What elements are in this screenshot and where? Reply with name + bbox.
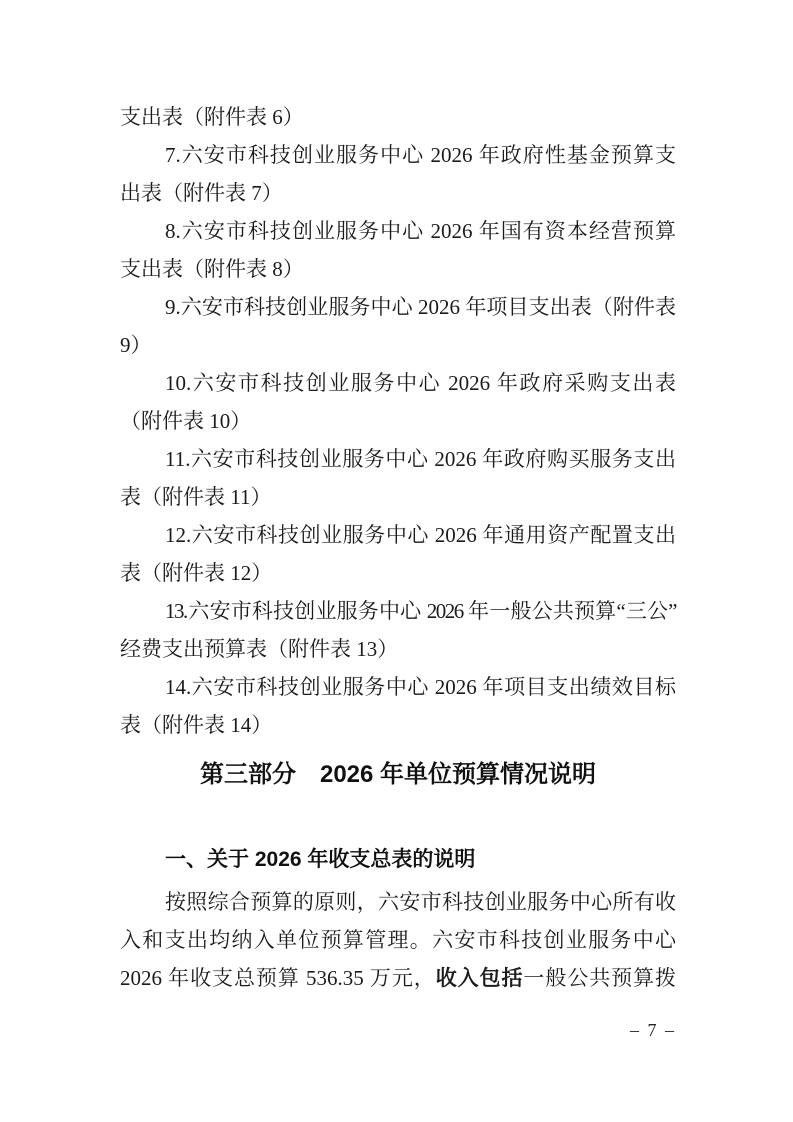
attachment-list-line: 10.六安市科技创业服务中心 2026 年政府采购支出表 [120, 364, 676, 402]
attachment-list-line: 出表（附件表 7） [120, 174, 676, 212]
attachment-list-line: 9.六安市科技创业服务中心 2026 年项目支出表（附件表 [120, 288, 676, 326]
attachment-list-line: 表（附件表 12） [120, 554, 676, 592]
attachment-list-line: （附件表 10） [120, 402, 676, 440]
document-page: 支出表（附件表 6） 7.六安市科技创业服务中心 2026 年政府性基金预算支 … [0, 0, 793, 1122]
attachment-list-line: 13.六安市科技创业服务中心 2026 年一般公共预算“三公” [120, 592, 676, 630]
paragraph-line: 入和支出均纳入单位预算管理。六安市科技创业服务中心 [120, 921, 676, 959]
subsection-heading: 一、关于 2026 年收支总表的说明 [120, 841, 676, 879]
page-number: – 7 – [630, 1018, 676, 1042]
section-heading: 第三部分 2026 年单位预算情况说明 [120, 754, 676, 796]
attachment-list-line: 14.六安市科技创业服务中心 2026 年项目支出绩效目标 [120, 668, 676, 706]
emphasis-text: 收入包括 [436, 967, 524, 990]
attachment-list-line: 12.六安市科技创业服务中心 2026 年通用资产配置支出 [120, 516, 676, 554]
paragraph-text: 2026 年收支总预算 536.35 万元， [120, 966, 436, 990]
attachment-list-line: 表（附件表 11） [120, 478, 676, 516]
attachment-list-line: 支出表（附件表 6） [120, 98, 676, 136]
attachment-list-line: 7.六安市科技创业服务中心 2026 年政府性基金预算支 [120, 136, 676, 174]
attachment-list: 支出表（附件表 6） 7.六安市科技创业服务中心 2026 年政府性基金预算支 … [120, 98, 676, 744]
attachment-list-line: 表（附件表 14） [120, 706, 676, 744]
body-paragraph: 按照综合预算的原则，六安市科技创业服务中心所有收 入和支出均纳入单位预算管理。六… [120, 883, 676, 997]
attachment-list-line: 9） [120, 326, 676, 364]
attachment-list-line: 经费支出预算表（附件表 13） [120, 630, 676, 668]
paragraph-line: 2026 年收支总预算 536.35 万元，收入包括一般公共预算拨 [120, 959, 676, 997]
attachment-list-line: 11.六安市科技创业服务中心 2026 年政府购买服务支出 [120, 440, 676, 478]
paragraph-line: 按照综合预算的原则，六安市科技创业服务中心所有收 [120, 883, 676, 921]
paragraph-text: 一般公共预算拨 [523, 966, 676, 990]
attachment-list-line: 支出表（附件表 8） [120, 250, 676, 288]
attachment-list-line: 8.六安市科技创业服务中心 2026 年国有资本经营预算 [120, 212, 676, 250]
